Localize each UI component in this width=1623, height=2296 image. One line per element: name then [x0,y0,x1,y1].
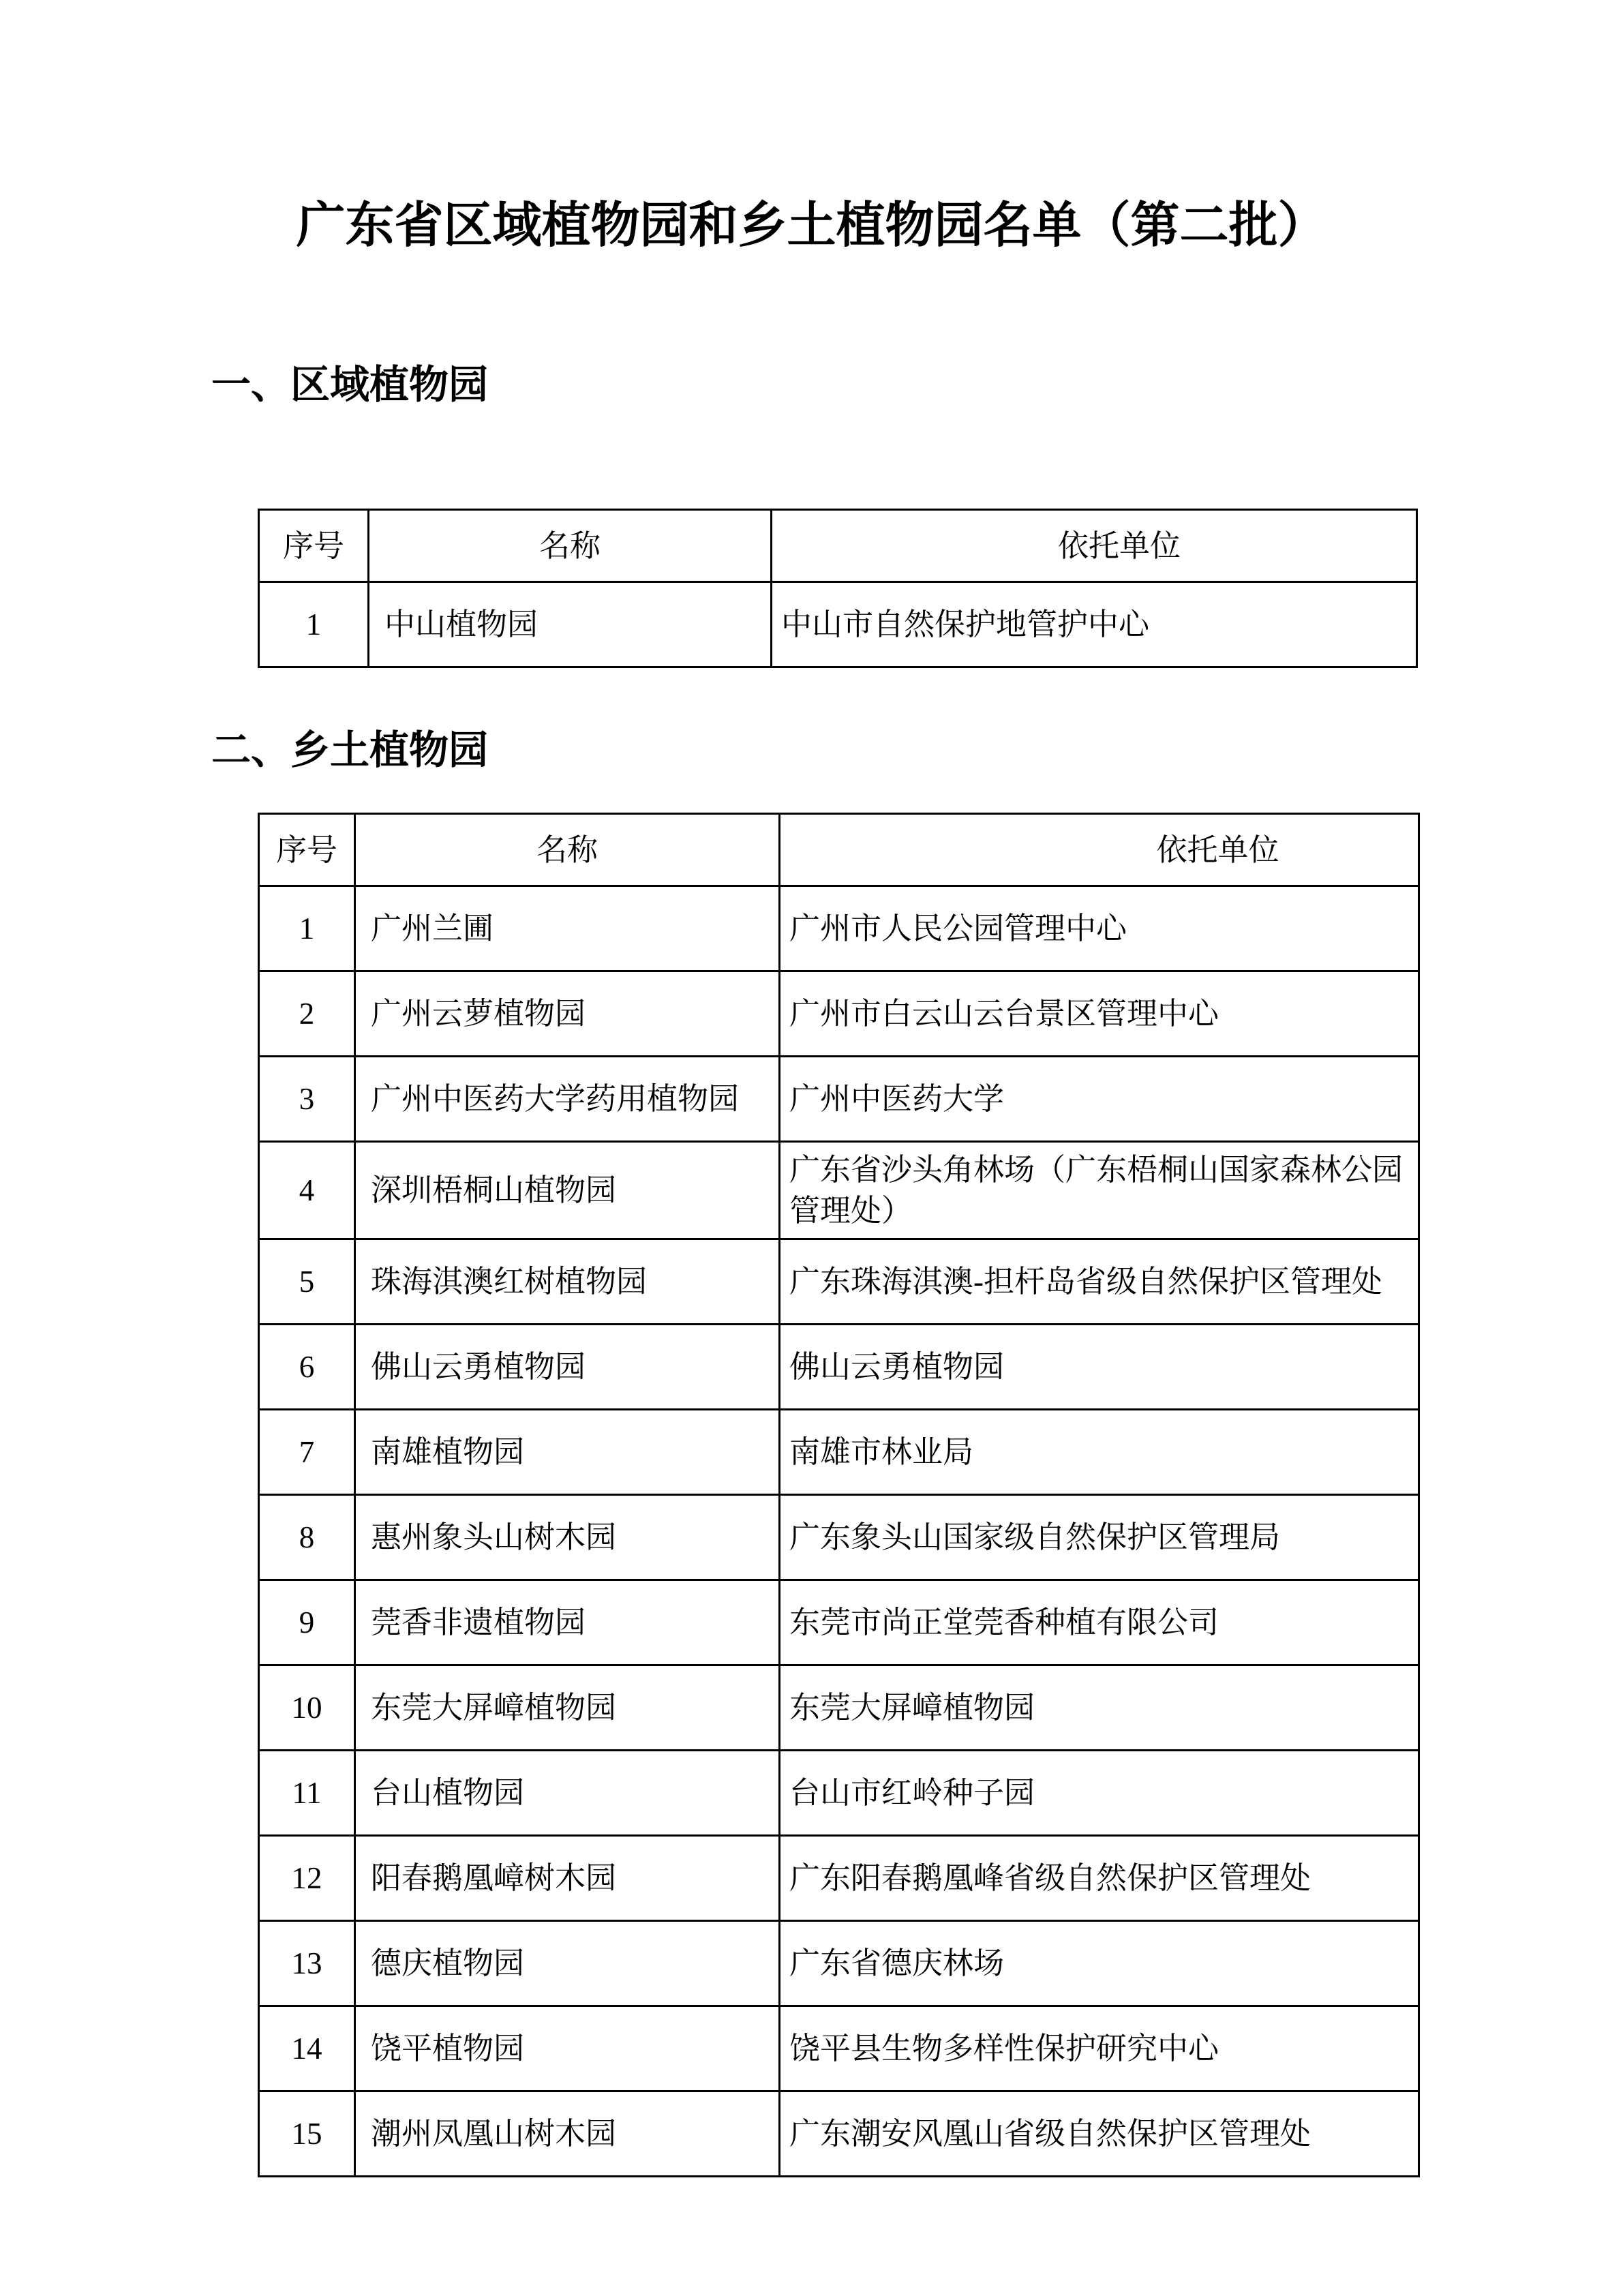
supporting-unit: 广东象头山国家级自然保护区管理局 [780,1495,1419,1580]
supporting-unit: 广东省德庆林场 [780,1921,1419,2006]
garden-name: 中山植物园 [369,582,772,667]
garden-name: 阳春鹅凰嶂树木园 [355,1836,780,1921]
table-row: 13德庆植物园广东省德庆林场 [259,1921,1419,2006]
row-index: 7 [259,1410,355,1495]
supporting-unit: 广州市白云山云台景区管理中心 [780,971,1419,1057]
supporting-unit: 饶平县生物多样性保护研究中心 [780,2006,1419,2091]
supporting-unit: 广东潮安风凰山省级自然保护区管理处 [780,2091,1419,2177]
table-body: 1广州兰圃广州市人民公园管理中心2广州云萝植物园广州市白云山云台景区管理中心3广… [259,886,1419,2177]
row-index: 5 [259,1239,355,1325]
column-header-index: 序号 [259,510,369,582]
row-index: 1 [259,886,355,971]
table-row: 11台山植物园台山市红岭种子园 [259,1751,1419,1836]
supporting-unit: 广东珠海淇澳-担杆岛省级自然保护区管理处 [780,1239,1419,1325]
supporting-unit: 广东省沙头角林场（广东梧桐山国家森林公园管理处） [780,1142,1419,1239]
table-row: 7南雄植物园南雄市林业局 [259,1410,1419,1495]
table-header-row: 序号 名称 依托单位 [259,814,1419,886]
table-row: 2广州云萝植物园广州市白云山云台景区管理中心 [259,971,1419,1057]
row-index: 2 [259,971,355,1057]
table-header-row: 序号 名称 依托单位 [259,510,1417,582]
row-index: 14 [259,2006,355,2091]
row-index: 8 [259,1495,355,1580]
row-index: 12 [259,1836,355,1921]
garden-name: 潮州凤凰山树木园 [355,2091,780,2177]
table-row: 14饶平植物园饶平县生物多样性保护研究中心 [259,2006,1419,2091]
row-index: 1 [259,582,369,667]
supporting-unit: 东莞大屏嶂植物园 [780,1665,1419,1751]
supporting-unit: 东莞市尚正堂莞香种植有限公司 [780,1580,1419,1665]
table-row: 8惠州象头山树木园广东象头山国家级自然保护区管理局 [259,1495,1419,1580]
table-row: 1中山植物园中山市自然保护地管护中心 [259,582,1417,667]
supporting-unit: 中山市自然保护地管护中心 [772,582,1417,667]
native-gardens-table: 序号 名称 依托单位 1广州兰圃广州市人民公园管理中心2广州云萝植物园广州市白云… [258,813,1420,2177]
section-heading-native: 二、乡土植物园 [211,730,1623,770]
table-row: 6佛山云勇植物园佛山云勇植物园 [259,1325,1419,1410]
table-row: 1广州兰圃广州市人民公园管理中心 [259,886,1419,971]
document-page: 广东省区域植物园和乡土植物园名单（第二批） 一、区域植物园 序号 名称 依托单位… [0,0,1623,2296]
garden-name: 东莞大屏嶂植物园 [355,1665,780,1751]
garden-name: 佛山云勇植物园 [355,1325,780,1410]
table-row: 5珠海淇澳红树植物园广东珠海淇澳-担杆岛省级自然保护区管理处 [259,1239,1419,1325]
row-index: 3 [259,1057,355,1142]
column-header-unit: 依托单位 [780,814,1419,886]
regional-gardens-table: 序号 名称 依托单位 1中山植物园中山市自然保护地管护中心 [258,509,1418,668]
garden-name: 饶平植物园 [355,2006,780,2091]
supporting-unit: 广州中医药大学 [780,1057,1419,1142]
row-index: 10 [259,1665,355,1751]
row-index: 9 [259,1580,355,1665]
row-index: 11 [259,1751,355,1836]
garden-name: 惠州象头山树木园 [355,1495,780,1580]
table-row: 3广州中医药大学药用植物园广州中医药大学 [259,1057,1419,1142]
garden-name: 广州云萝植物园 [355,971,780,1057]
supporting-unit: 南雄市林业局 [780,1410,1419,1495]
column-header-name: 名称 [355,814,780,886]
garden-name: 莞香非遗植物园 [355,1580,780,1665]
table-row: 9莞香非遗植物园东莞市尚正堂莞香种植有限公司 [259,1580,1419,1665]
garden-name: 德庆植物园 [355,1921,780,2006]
row-index: 4 [259,1142,355,1239]
table-row: 10东莞大屏嶂植物园东莞大屏嶂植物园 [259,1665,1419,1751]
garden-name: 台山植物园 [355,1751,780,1836]
table-row: 15潮州凤凰山树木园广东潮安风凰山省级自然保护区管理处 [259,2091,1419,2177]
column-header-index: 序号 [259,814,355,886]
column-header-unit: 依托单位 [772,510,1417,582]
table-header: 序号 名称 依托单位 [259,510,1417,582]
page-title: 广东省区域植物园和乡土植物园名单（第二批） [0,0,1623,250]
section-heading-regional: 一、区域植物园 [211,365,1623,404]
garden-name: 深圳梧桐山植物园 [355,1142,780,1239]
garden-name: 南雄植物园 [355,1410,780,1495]
supporting-unit: 广州市人民公园管理中心 [780,886,1419,971]
row-index: 6 [259,1325,355,1410]
supporting-unit: 佛山云勇植物园 [780,1325,1419,1410]
table-row: 4深圳梧桐山植物园广东省沙头角林场（广东梧桐山国家森林公园管理处） [259,1142,1419,1239]
supporting-unit: 广东阳春鹅凰峰省级自然保护区管理处 [780,1836,1419,1921]
column-header-name: 名称 [369,510,772,582]
table-body: 1中山植物园中山市自然保护地管护中心 [259,582,1417,667]
table-header: 序号 名称 依托单位 [259,814,1419,886]
garden-name: 广州兰圃 [355,886,780,971]
garden-name: 广州中医药大学药用植物园 [355,1057,780,1142]
table-row: 12阳春鹅凰嶂树木园广东阳春鹅凰峰省级自然保护区管理处 [259,1836,1419,1921]
supporting-unit: 台山市红岭种子园 [780,1751,1419,1836]
row-index: 15 [259,2091,355,2177]
garden-name: 珠海淇澳红树植物园 [355,1239,780,1325]
row-index: 13 [259,1921,355,2006]
